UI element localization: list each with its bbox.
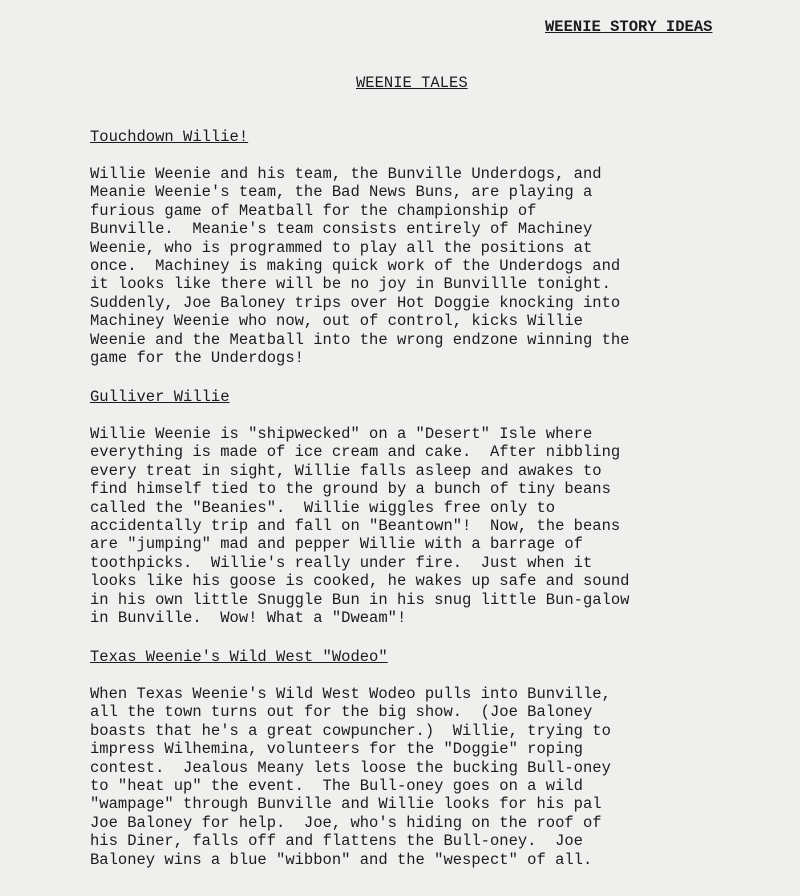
story-title: Texas Weenie's Wild West "Wodeo" <box>90 648 790 666</box>
story-texas-weenie-wodeo: Texas Weenie's Wild West "Wodeo" When Te… <box>90 648 790 869</box>
story-body: Willie Weenie is "shipwecked" on a "Dese… <box>90 425 790 627</box>
story-body: Willie Weenie and his team, the Bunville… <box>90 165 790 367</box>
document-title: WEENIE TALES <box>356 74 468 92</box>
story-touchdown-willie: Touchdown Willie! Willie Weenie and his … <box>90 128 790 367</box>
document-page: WEENIE STORY IDEAS WEENIE TALES Touchdow… <box>0 0 800 896</box>
header-label: WEENIE STORY IDEAS <box>545 18 712 36</box>
story-title: Touchdown Willie! <box>90 128 790 146</box>
story-body: When Texas Weenie's Wild West Wodeo pull… <box>90 685 790 869</box>
story-gulliver-willie: Gulliver Willie Willie Weenie is "shipwe… <box>90 388 790 627</box>
story-title: Gulliver Willie <box>90 388 790 406</box>
